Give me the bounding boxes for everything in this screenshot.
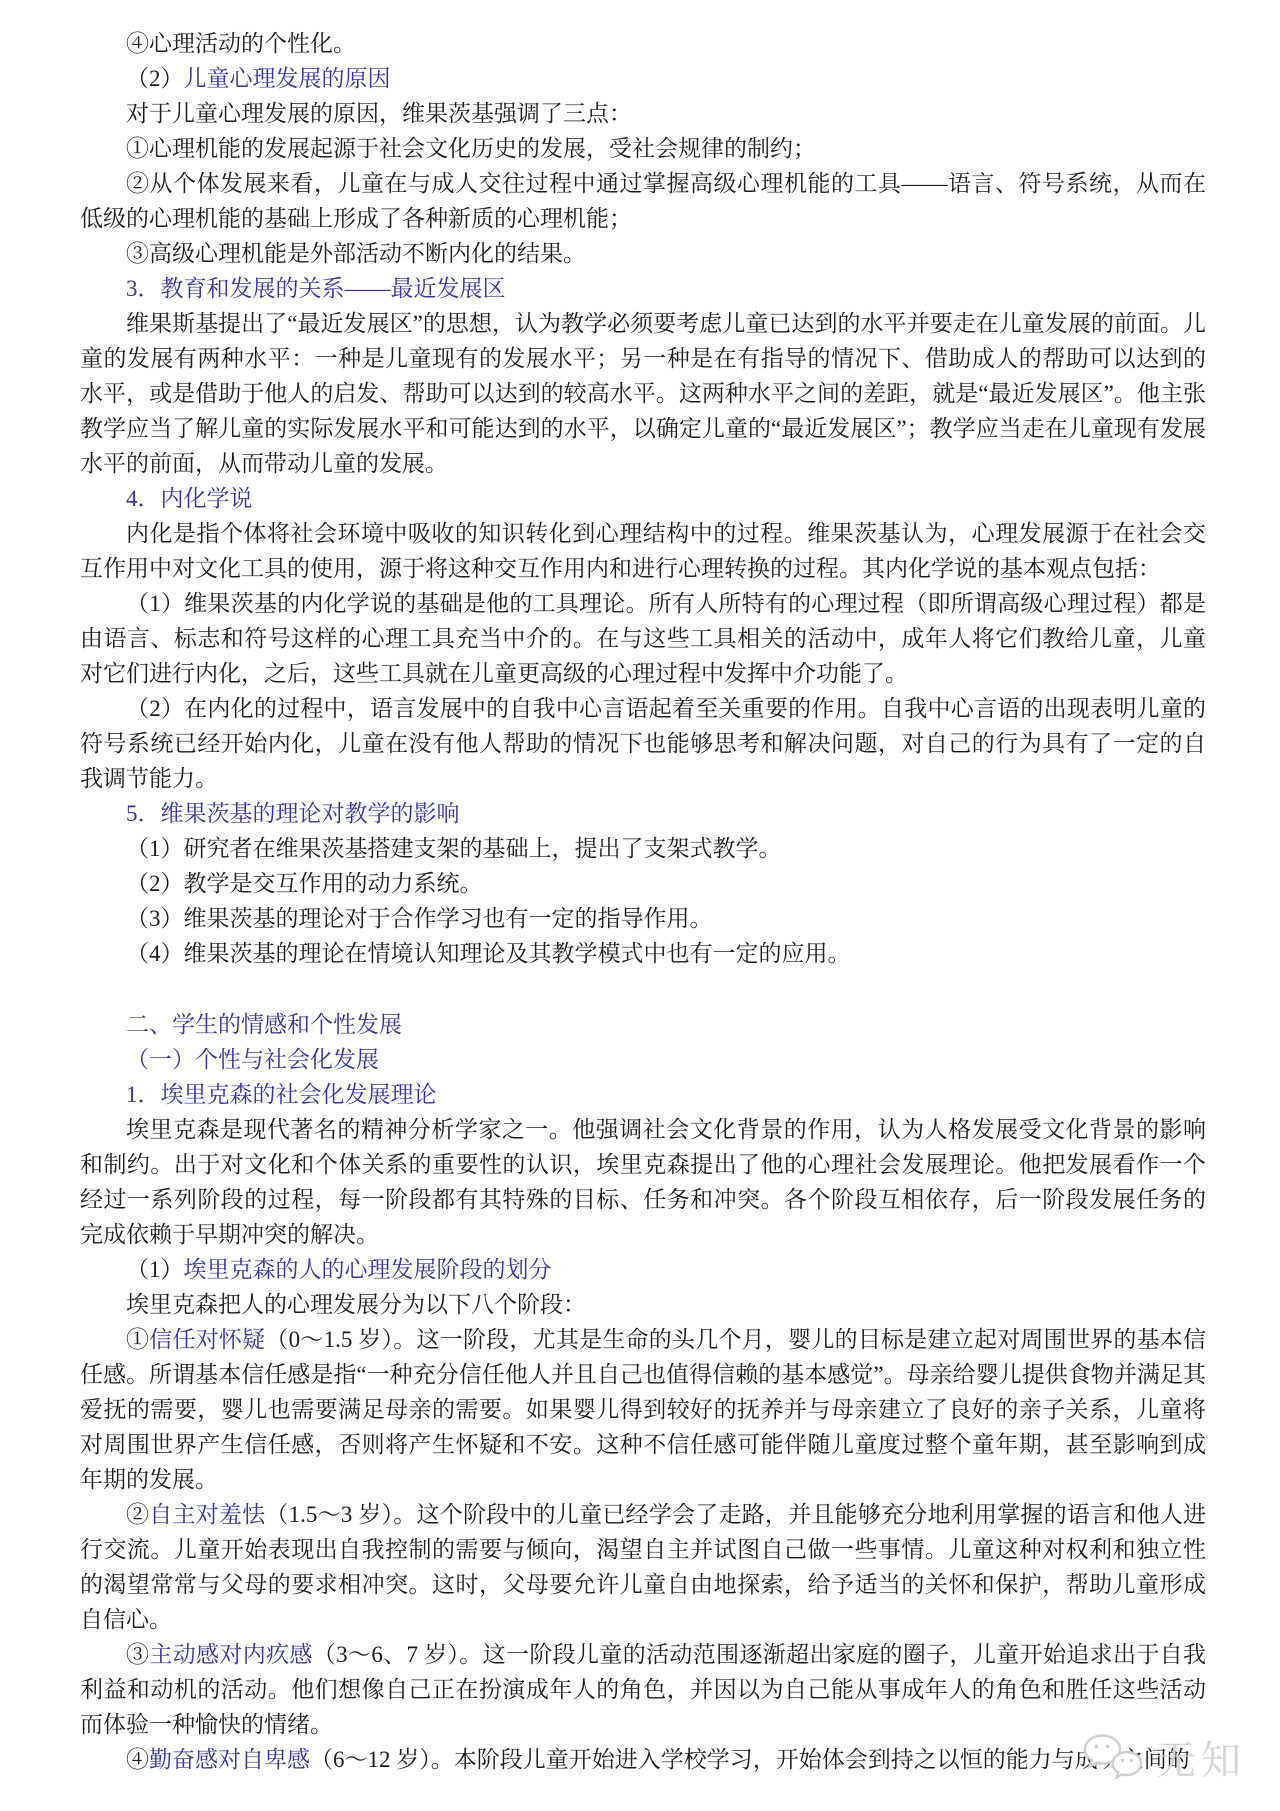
body-text: ②从个体发展来看，儿童在与成人交往过程中通过掌握高级心理机能的工具——语言、符号… <box>80 171 1206 231</box>
paragraph: ③高级心理机能是外部活动不断内化的结果。 <box>80 236 1206 271</box>
paragraph: ②从个体发展来看，儿童在与成人交往过程中通过掌握高级心理机能的工具——语言、符号… <box>80 166 1206 236</box>
paragraph: 3．教育和发展的关系——最近发展区 <box>80 271 1206 306</box>
paragraph: 二、学生的情感和个性发展 <box>80 1007 1206 1042</box>
paragraph: 4．内化学说 <box>80 481 1206 516</box>
body-text: （2）教学是交互作用的动力系统。 <box>126 871 483 896</box>
paragraph: 维果斯基提出了“最近发展区”的思想，认为教学必须要考虑儿童已达到的水平并要走在儿… <box>80 306 1206 481</box>
body-text: （6～12 岁）。本阶段儿童开始进入学校学习，开始体会到持之以恒的能力与成功之间… <box>310 1747 1190 1772</box>
paragraph: （2）教学是交互作用的动力系统。 <box>80 866 1206 901</box>
paragraph: （1）研究者在维果茨基搭建支架的基础上，提出了支架式教学。 <box>80 831 1206 866</box>
body-text: （4）维果茨基的理论在情境认知理论及其教学模式中也有一定的应用。 <box>126 941 851 966</box>
paragraph: （2）儿童心理发展的原因 <box>80 61 1206 96</box>
document-body: ④心理活动的个性化。（2）儿童心理发展的原因对于儿童心理发展的原因，维果茨基强调… <box>80 26 1206 1777</box>
paragraph: ①信任对怀疑（0～1.5 岁）。这一阶段，尤其是生命的头几个月，婴儿的目标是建立… <box>80 1322 1206 1497</box>
heading-text: 5．维果茨基的理论对教学的影响 <box>126 801 460 826</box>
body-text: 内化是指个体将社会环境中吸收的知识转化到心理结构中的过程。维果茨基认为，心理发展… <box>80 521 1206 581</box>
heading-text: 二、学生的情感和个性发展 <box>126 1012 402 1037</box>
body-text: （2）在内化的过程中，语言发展中的自我中心言语起着至关重要的作用。自我中心言语的… <box>80 696 1206 791</box>
wechat-icon <box>1080 1732 1146 1789</box>
paragraph: （2）在内化的过程中，语言发展中的自我中心言语起着至关重要的作用。自我中心言语的… <box>80 691 1206 796</box>
paragraph: 1．埃里克森的社会化发展理论 <box>80 1077 1206 1112</box>
paragraph: 对于儿童心理发展的原因，维果茨基强调了三点： <box>80 96 1206 131</box>
paragraph-spacer <box>80 971 1206 1007</box>
body-text: 埃里克森把人的心理发展分为以下八个阶段： <box>126 1292 586 1317</box>
paragraph: （4）维果茨基的理论在情境认知理论及其教学模式中也有一定的应用。 <box>80 936 1206 971</box>
watermark-text: 无知 <box>1156 1741 1246 1781</box>
body-text: ③高级心理机能是外部活动不断内化的结果。 <box>126 241 586 266</box>
paragraph: （1）埃里克森的人的心理发展阶段的划分 <box>80 1252 1206 1287</box>
watermark: 无知 <box>1080 1732 1246 1789</box>
paragraph: （1）维果茨基的内化学说的基础是他的工具理论。所有人所特有的心理过程（即所谓高级… <box>80 586 1206 691</box>
body-text: ② <box>126 1502 149 1527</box>
body-text: 维果斯基提出了“最近发展区”的思想，认为教学必须要考虑儿童已达到的水平并要走在儿… <box>80 311 1206 476</box>
body-text: ④ <box>126 1747 149 1772</box>
paragraph: （3）维果茨基的理论对于合作学习也有一定的指导作用。 <box>80 901 1206 936</box>
heading-text: 3．教育和发展的关系——最近发展区 <box>126 276 506 301</box>
body-text: ③ <box>126 1642 149 1667</box>
paragraph: 内化是指个体将社会环境中吸收的知识转化到心理结构中的过程。维果茨基认为，心理发展… <box>80 516 1206 586</box>
heading-text: 信任对怀疑 <box>149 1327 265 1352</box>
paragraph: （一）个性与社会化发展 <box>80 1042 1206 1077</box>
heading-text: 自主对羞怯 <box>149 1502 265 1527</box>
heading-text: 勤奋感对自卑感 <box>149 1747 310 1772</box>
paragraph: ①心理机能的发展起源于社会文化历史的发展，受社会规律的制约； <box>80 131 1206 166</box>
heading-text: 儿童心理发展的原因 <box>184 66 391 91</box>
paragraph: ③主动感对内疚感（3～6、7 岁）。这一阶段儿童的活动范围逐渐超出家庭的圈子，儿… <box>80 1637 1206 1742</box>
body-text: ①心理机能的发展起源于社会文化历史的发展，受社会规律的制约； <box>126 136 816 161</box>
paragraph: 5．维果茨基的理论对教学的影响 <box>80 796 1206 831</box>
paragraph: 埃里克森是现代著名的精神分析学家之一。他强调社会文化背景的作用，认为人格发展受文… <box>80 1112 1206 1252</box>
body-text: （2） <box>126 66 184 91</box>
heading-text: 1．埃里克森的社会化发展理论 <box>126 1082 437 1107</box>
body-text: ④心理活动的个性化。 <box>126 31 356 56</box>
paragraph: ④勤奋感对自卑感（6～12 岁）。本阶段儿童开始进入学校学习，开始体会到持之以恒… <box>80 1742 1206 1777</box>
body-text: （1）维果茨基的内化学说的基础是他的工具理论。所有人所特有的心理过程（即所谓高级… <box>80 591 1206 686</box>
heading-text: 埃里克森的人的心理发展阶段的划分 <box>184 1257 552 1282</box>
body-text: 埃里克森是现代著名的精神分析学家之一。他强调社会文化背景的作用，认为人格发展受文… <box>80 1117 1206 1247</box>
heading-text: 4．内化学说 <box>126 486 253 511</box>
body-text: （1） <box>126 1257 184 1282</box>
body-text: （1）研究者在维果茨基搭建支架的基础上，提出了支架式教学。 <box>126 836 782 861</box>
document-page: ④心理活动的个性化。（2）儿童心理发展的原因对于儿童心理发展的原因，维果茨基强调… <box>80 26 1206 1777</box>
body-text: ① <box>126 1327 149 1352</box>
body-text: 对于儿童心理发展的原因，维果茨基强调了三点： <box>126 101 632 126</box>
heading-text: 主动感对内疚感 <box>149 1642 312 1667</box>
body-text: （3）维果茨基的理论对于合作学习也有一定的指导作用。 <box>126 906 713 931</box>
heading-text: （一）个性与社会化发展 <box>126 1047 379 1072</box>
paragraph: ②自主对羞怯（1.5～3 岁）。这个阶段中的儿童已经学会了走路，并且能够充分地利… <box>80 1497 1206 1637</box>
paragraph: ④心理活动的个性化。 <box>80 26 1206 61</box>
paragraph: 埃里克森把人的心理发展分为以下八个阶段： <box>80 1287 1206 1322</box>
